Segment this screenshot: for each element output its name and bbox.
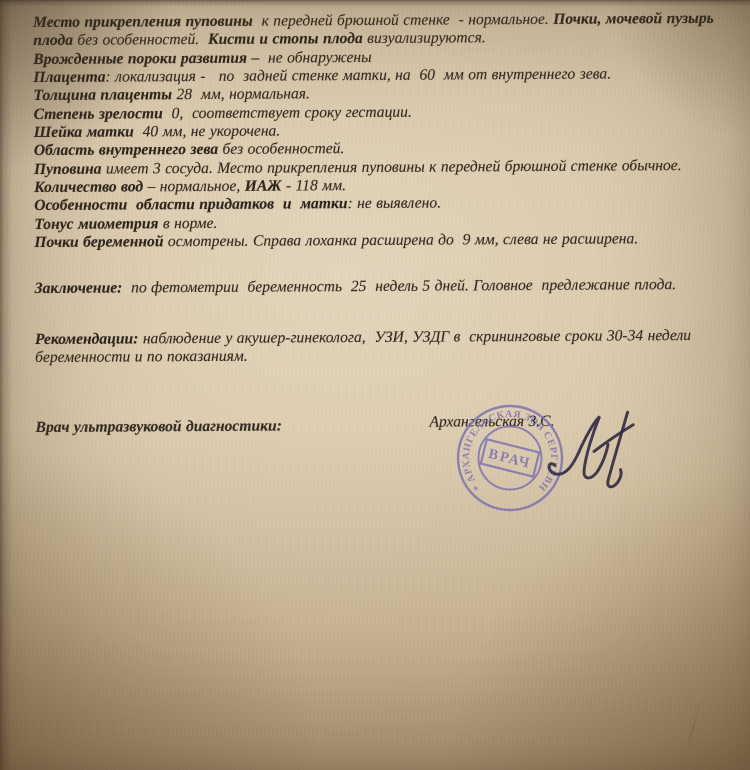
doctor-name: Архангельская З.С.	[429, 412, 554, 431]
recommendations-paragraph: Рекомендации: наблюдение у акушер-гинеко…	[35, 327, 726, 368]
stamp-center-group: ВРАЧ	[481, 439, 539, 476]
text-line: Заключение: по фетометрии беременность 2…	[35, 276, 726, 299]
conclusion-paragraph: Заключение: по фетометрии беременность 2…	[35, 276, 726, 299]
report-body: Место прикрепления пуповины к передней б…	[33, 10, 725, 253]
stamp-center-text: ВРАЧ	[487, 446, 533, 472]
doctor-label: Врач ультразвуковой диагностики:	[35, 417, 281, 437]
text-line: беременности и по показаниям.	[35, 345, 726, 368]
stamp-center-box	[481, 439, 539, 476]
photographed-document: Место прикрепления пуповины к передней б…	[0, 0, 750, 770]
doctor-signature-row: Врач ультразвуковой диагностики: Арханге…	[35, 414, 726, 438]
stamp-inner-circle	[479, 427, 542, 490]
ultrasound-report-text: Место прикрепления пуповины к передней б…	[33, 10, 727, 439]
text-line: Почки беременной осмотрены. Справа лохан…	[34, 230, 725, 253]
paper-crease	[684, 701, 702, 757]
